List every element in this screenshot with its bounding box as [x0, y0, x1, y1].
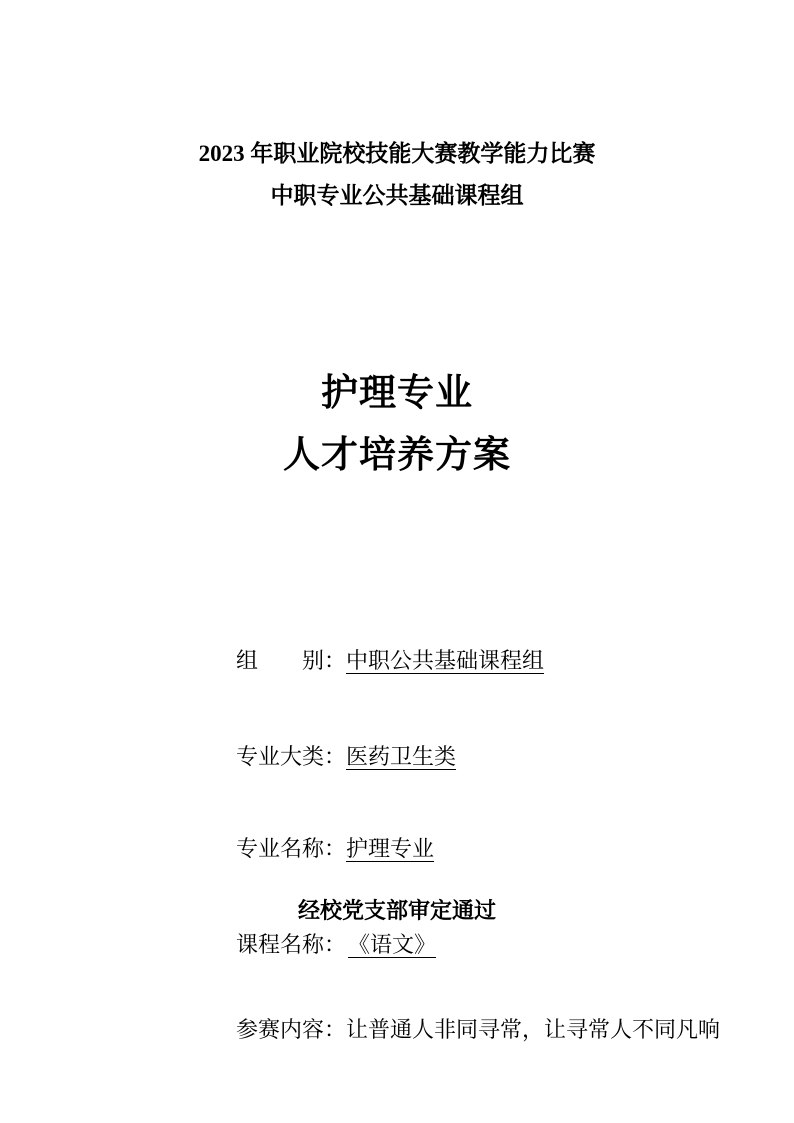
document-page: 2023 年职业院校技能大赛教学能力比赛 中职专业公共基础课程组 护理专业 人才…: [0, 0, 794, 1123]
field-row-major-name: 专业名称：护理专业: [203, 810, 723, 888]
field-row-group: 组 别：中职公共基础课程组: [203, 622, 723, 700]
field-row-major-category: 专业大类：医药卫生类: [203, 718, 723, 796]
document-title-plan: 人才培养方案: [0, 435, 794, 478]
field-value-major-name: 护理专业: [346, 836, 434, 861]
field-label-entry-content: 参赛内容：: [236, 1017, 346, 1043]
field-label-course-name: 课程名称：: [236, 932, 346, 958]
document-title-major: 护理专业: [0, 373, 794, 416]
field-row-entry-content: 参赛内容：让普通人非同寻常，让寻常人不同凡响: [203, 991, 723, 1069]
field-value-group: 中职公共基础课程组: [346, 648, 544, 673]
field-label-group: 组 别：: [236, 648, 346, 674]
cover-fields-list: 组 别：中职公共基础课程组 专业大类：医药卫生类 专业名称：护理专业 课程名称：…: [203, 622, 723, 1069]
competition-header-line2: 中职专业公共基础课程组: [0, 183, 794, 209]
field-label-major-category: 专业大类：: [236, 744, 346, 770]
field-value-course-name: 《语文》: [346, 932, 444, 957]
field-label-major-name: 专业名称：: [236, 836, 346, 862]
competition-header-line1: 2023 年职业院校技能大赛教学能力比赛: [0, 141, 794, 167]
field-value-entry-content: 让普通人非同寻常，让寻常人不同凡响: [346, 1017, 720, 1042]
approval-note: 经校党支部审定通过: [0, 898, 794, 923]
field-value-major-category: 医药卫生类: [346, 744, 456, 769]
